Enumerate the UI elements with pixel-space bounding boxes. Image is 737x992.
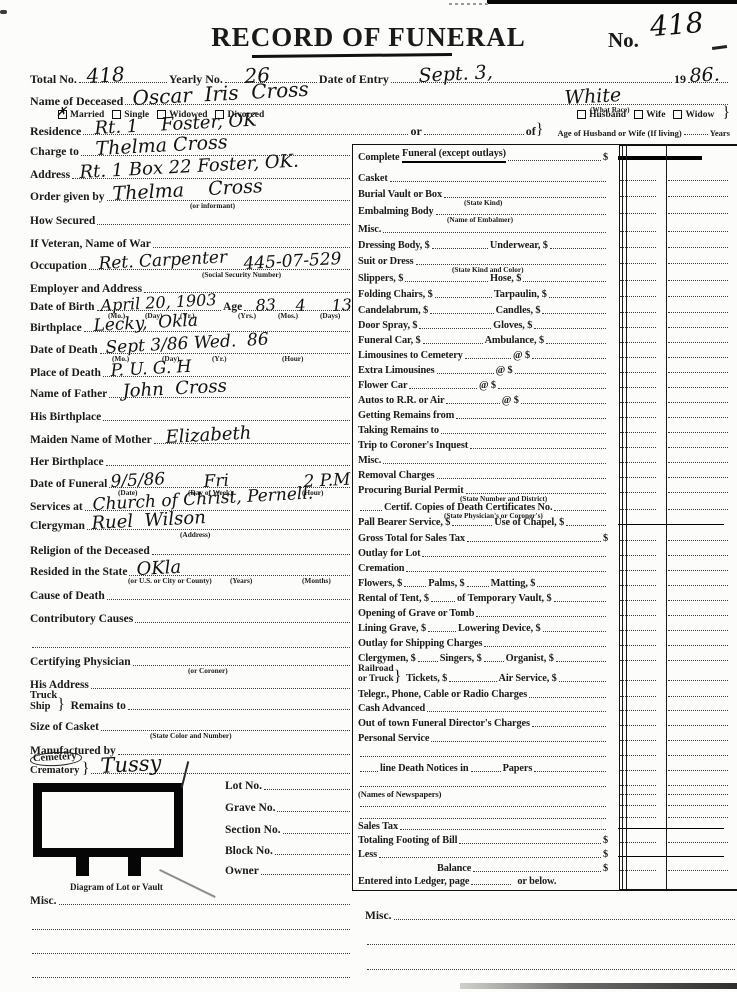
handwritten-value: Sept. 3, <box>418 64 493 85</box>
scan-artifact-top-line <box>487 0 737 4</box>
amount-column-leader <box>668 296 728 297</box>
top-fields-section: Total No.418Yearly No.26Date of EntrySep… <box>30 58 730 137</box>
brace: } <box>536 124 544 137</box>
dotted-leader <box>103 420 350 421</box>
field-label: Size of Casket <box>30 722 99 734</box>
field-sublabel: (or informant) <box>190 201 235 210</box>
form-row <box>365 947 737 972</box>
dotted-leader <box>264 789 350 790</box>
amount-column-leader <box>668 842 728 843</box>
dotted-leader <box>133 665 350 666</box>
amount-cells <box>612 235 737 251</box>
field-label: Date of Death <box>30 345 98 357</box>
handwritten-value: Elizabeth <box>165 425 252 446</box>
form-row: TruckShip} Remains to <box>30 691 352 712</box>
dotted-leader <box>367 969 735 970</box>
field-label: Address <box>30 170 70 182</box>
amount-cells <box>612 544 737 559</box>
field-label: Name of Father <box>30 389 107 401</box>
amount-column-leader <box>668 817 728 818</box>
checkbox-wife <box>634 110 643 119</box>
amount-cells <box>612 809 737 821</box>
dotted-leader <box>684 134 708 135</box>
form-row <box>30 625 352 650</box>
field-label: Residence <box>30 125 81 137</box>
amount-cells <box>612 496 737 513</box>
field-label: Misc. <box>365 911 392 923</box>
lot-diagram-leg <box>76 855 89 876</box>
handwritten-value: Ret. Carpenter <box>98 250 227 272</box>
amount-cells <box>612 619 737 634</box>
amount-cells <box>612 832 737 846</box>
amount-cells <box>612 528 737 544</box>
field-label: Ship <box>30 702 57 713</box>
dotted-leader: Oscar Iris CrossWhite <box>125 104 728 105</box>
amount-cells <box>612 649 737 664</box>
checkbox-x-mark: ✗ <box>56 104 67 120</box>
field-label: Place of Death <box>30 368 101 380</box>
record-number-label: No. <box>608 28 639 53</box>
amount-cells <box>612 744 737 759</box>
bottom-right-misc-section: Misc. <box>365 912 737 972</box>
dotted-leader: Sept. 3, <box>391 82 672 83</box>
field-sublabel: (State Color and Number) <box>150 731 232 740</box>
amount-column-leader <box>668 540 728 541</box>
checkbox-label: Widow <box>685 111 714 121</box>
field-label: Certifying Physician <box>30 657 131 669</box>
amount-cells <box>612 634 737 649</box>
dotted-leader <box>367 944 735 945</box>
field-label: Services at <box>30 502 83 514</box>
dotted-leader: 86. <box>688 82 728 83</box>
amount-line-heavy <box>618 156 702 161</box>
field-label: Truck <box>30 691 57 702</box>
amount-column-leader <box>668 555 728 556</box>
amount-cells <box>612 300 737 316</box>
dotted-leader <box>91 688 350 689</box>
dotted-leader <box>59 904 350 905</box>
handwritten-value: 4 <box>295 298 306 313</box>
amount-column-leader <box>668 492 728 493</box>
amount-cells <box>612 421 737 436</box>
field-label: 19 <box>674 73 686 85</box>
amount-cells <box>612 798 737 809</box>
amount-column-divider <box>666 144 667 891</box>
handwritten-value: John Cross <box>122 378 227 400</box>
dotted-leader <box>153 247 350 248</box>
form-row: Maiden Name of MotherElizabeth <box>30 423 352 446</box>
amount-cells <box>612 163 737 184</box>
dotted-leader <box>424 134 524 135</box>
form-row: Misc. <box>30 897 352 907</box>
handwritten-value: Lecky, Okla <box>93 313 198 334</box>
form-row: Owner <box>225 857 352 877</box>
form-row: Block No. <box>225 836 352 857</box>
field-label: Owner <box>225 866 259 878</box>
dotted-leader <box>152 554 350 555</box>
dotted-leader: Rt. 1 Foster, OK <box>83 134 408 135</box>
amount-cells <box>612 346 737 361</box>
form-row: Lot No. <box>225 780 352 792</box>
amount-cells <box>612 684 737 700</box>
field-label: Section No. <box>225 825 281 837</box>
amount-column-leader <box>668 357 728 358</box>
form-row: Certifying Physician(or Coroner) <box>30 650 352 668</box>
form-row: Contributory Causes <box>30 602 352 625</box>
amount-cells <box>612 217 737 235</box>
field-label: How Secured <box>30 216 95 228</box>
field-label: or <box>410 125 421 137</box>
amount-cells <box>612 789 737 798</box>
field-label: Occupation <box>30 261 87 273</box>
amount-column-leader <box>668 630 728 631</box>
amount-cells <box>612 574 737 589</box>
amount-cells <box>612 729 737 744</box>
field-sublabel: (Months) <box>302 576 331 585</box>
dotted-leader: April 20, 1903 <box>97 310 222 311</box>
dotted-leader <box>32 953 350 954</box>
field-label: Order given by <box>30 192 105 204</box>
amount-column-leader <box>668 180 728 181</box>
amount-column-leader <box>668 645 728 646</box>
amount-cells <box>612 513 737 528</box>
amount-cells <box>612 860 737 874</box>
amount-cells <box>612 451 737 466</box>
field-sublabel: (State Physician's or Coroner's) <box>444 511 543 520</box>
field-label: Remains to <box>65 701 126 713</box>
field-sublabel: (Years) <box>230 576 252 585</box>
amount-cells <box>612 184 737 200</box>
amount-column-leader <box>668 710 728 711</box>
field-label: Employer and Address <box>30 284 142 296</box>
field-label: of <box>526 125 536 137</box>
amount-column-leader <box>668 696 728 697</box>
amount-column-leader <box>668 615 728 616</box>
dotted-leader: John Cross <box>109 397 350 398</box>
checkbox-widow <box>673 110 682 119</box>
checkbox-husband <box>577 110 586 119</box>
amount-column-leader <box>668 770 728 771</box>
handwritten-value: 418 <box>86 65 125 85</box>
amount-cells <box>612 874 737 887</box>
form-row: Size of Casket(State Color and Number) <box>30 712 352 733</box>
dotted-leader: Elizabeth <box>154 443 350 444</box>
amount-column-double-line <box>622 144 623 891</box>
handwritten-stroke <box>159 869 216 898</box>
amount-column-leader <box>668 280 728 281</box>
handwritten-value: P. U. G. H <box>110 359 192 379</box>
field-label: Contributory Causes <box>30 614 133 626</box>
field-label: Her Birthplace <box>30 457 104 469</box>
amount-column-leader <box>668 213 728 214</box>
amount-column-leader <box>668 570 728 571</box>
amount-cells <box>612 267 737 284</box>
field-sublabel: (or Coroner) <box>188 666 228 675</box>
dotted-leader: 83413 <box>244 310 350 311</box>
amount-line <box>618 524 724 525</box>
dotted-leader <box>32 647 350 648</box>
field-label: Birthplace <box>30 323 82 335</box>
field-label: Lot No. <box>225 781 262 793</box>
field-sublabel: (State Kind) <box>464 198 502 207</box>
form-row: ResidenceRt. 1 Foster, OKorof}Age of Hus… <box>30 120 730 137</box>
handwritten-value: Ruel Wilson <box>91 510 206 532</box>
amount-column-leader <box>668 462 728 463</box>
scan-artifact-dashes <box>449 3 489 5</box>
amount-cells <box>612 144 737 163</box>
form-row: If Veteran, Name of War <box>30 227 352 250</box>
charges-box: Complete Funeral (except outlays)$Casket… <box>352 144 737 891</box>
amount-column-leader <box>668 725 728 726</box>
amount-cells <box>612 406 737 421</box>
handwritten-value: 13 <box>331 298 352 313</box>
amount-column-leader <box>668 327 728 328</box>
field-label: If Veteran, Name of War <box>30 239 151 251</box>
dotted-leader: P. U. G. H <box>103 376 350 377</box>
form-row <box>30 956 352 980</box>
field-label: Charge to <box>30 147 79 159</box>
amount-cells <box>612 331 737 346</box>
handwritten-value: 9/5/86 <box>110 472 165 490</box>
amount-cells <box>612 284 737 300</box>
amount-column-leader <box>668 477 728 478</box>
field-label: Date of Birth <box>30 302 95 314</box>
amount-cells <box>612 759 737 774</box>
lot-fields-section: Lot No.Grave No.Section No.Block No.Owne… <box>225 780 352 877</box>
brace: } <box>57 699 65 712</box>
scan-artifact-dot <box>0 10 7 14</box>
dotted-leader: 418 <box>79 82 167 83</box>
handwritten-value: 445-07-529 <box>243 252 342 272</box>
amount-cells <box>612 774 737 789</box>
amount-cells <box>612 481 737 496</box>
funeral-record-page: RECORD OF FUNERAL No. 418 Total No.418Ye… <box>0 0 737 992</box>
amount-column-leader <box>668 231 728 232</box>
brace: } <box>82 763 90 776</box>
form-row: Order given byThelma Cross(or informant) <box>30 181 352 203</box>
checkbox-label: Wife <box>646 111 665 121</box>
amount-column-bottom-line <box>620 889 737 891</box>
handwritten-value: 86. <box>689 66 720 85</box>
handwritten-value: Oscar Iris Cross <box>132 80 309 107</box>
field-label: Name of Deceased <box>30 95 123 107</box>
amount-column-leader <box>668 785 728 786</box>
amount-column-leader <box>668 387 728 388</box>
handwritten-value: White <box>564 87 622 107</box>
amount-line <box>618 828 724 829</box>
amount-cells <box>612 821 737 832</box>
field-sublabel: (State Number and District) <box>460 494 547 503</box>
amount-column-leader <box>668 263 728 264</box>
handwritten-value: 83 <box>255 298 276 313</box>
dotted-leader <box>32 977 350 978</box>
amount-cells <box>612 604 737 619</box>
form-row: Grave No. <box>225 792 352 814</box>
form-row: Name of DeceasedOscar Iris CrossWhite(Wh… <box>30 85 730 107</box>
field-label: Crematory <box>30 766 82 777</box>
form-row <box>30 932 352 956</box>
checkbox-married: ✗ <box>58 110 67 119</box>
dotted-leader <box>128 709 350 710</box>
form-row: Name of FatherJohn Cross <box>30 379 352 400</box>
field-label: Resided in the State <box>30 567 127 579</box>
amount-column-leader <box>668 342 728 343</box>
form-row: Her Birthplace <box>30 446 352 468</box>
amount-cells <box>612 846 737 860</box>
form-row: ClergymanRuel Wilson(Address) <box>30 513 352 532</box>
field-label: Grave No. <box>225 803 275 815</box>
dotted-leader <box>107 599 350 600</box>
field-label: Date of Entry <box>319 73 389 85</box>
field-sublabel: (Yrs.) <box>238 311 256 320</box>
amount-column-leader <box>668 585 728 586</box>
record-number-value: 418 <box>649 6 705 44</box>
field-sublabel: (State Kind and Color) <box>452 265 524 274</box>
checkbox-item-widow: Widow <box>673 110 722 120</box>
amount-column-leader <box>668 312 728 313</box>
amount-column-leader <box>668 196 728 197</box>
dotted-leader: Ruel Wilson <box>87 529 350 530</box>
amount-column-leader <box>668 680 728 681</box>
dotted-leader <box>32 929 350 930</box>
amount-cells <box>612 559 737 574</box>
dotted-leader <box>97 224 350 225</box>
amount-column-leader <box>668 794 728 795</box>
amount-column-leader <box>668 870 728 871</box>
handwritten-value: April 20, 1903 <box>100 293 217 313</box>
amount-column-leader <box>668 417 728 418</box>
dotted-leader <box>275 854 350 855</box>
form-row <box>365 922 737 947</box>
handwritten-value: Thelma Cross <box>112 178 263 203</box>
form-row: Misc. <box>365 912 737 922</box>
amount-cells <box>612 714 737 729</box>
amount-cells <box>612 589 737 604</box>
field-sublabel: (Name of Embalmer) <box>447 215 513 224</box>
form-row: AddressRt. 1 Box 22 Foster, OK. <box>30 158 352 181</box>
amount-column-leader <box>668 509 728 510</box>
field-sublabel: (Hour) <box>282 354 303 363</box>
dotted-leader <box>261 874 350 875</box>
amount-cells <box>612 251 737 267</box>
form-row: Resided in the StateOKla(or U.S. or City… <box>30 557 352 578</box>
form-row: BirthplaceLecky, Okla <box>30 313 352 334</box>
form-row: Total No.418Yearly No.26Date of EntrySep… <box>30 58 730 85</box>
dotted-leader: Tussy <box>91 773 350 774</box>
handwritten-value: Tussy <box>100 754 162 776</box>
field-label: Block No. <box>225 846 273 858</box>
amount-cells <box>612 361 737 376</box>
field-label: Religion of the Deceased <box>30 546 150 558</box>
field-label: Cause of Death <box>30 591 105 603</box>
stacked-label: CemeteryCrematory <box>30 752 82 776</box>
form-row: Date of DeathSept 3/86 Wed. 86(Mo.)(Day)… <box>30 334 352 356</box>
field-sublabel: (Address) <box>180 530 210 539</box>
amount-column-double-line <box>626 144 627 891</box>
form-row: Section No. <box>225 814 352 836</box>
amount-cells <box>612 664 737 684</box>
dotted-leader <box>135 622 350 623</box>
stacked-label: TruckShip <box>30 691 57 712</box>
amount-line <box>618 856 724 857</box>
amount-cells <box>612 316 737 331</box>
bottom-left-misc-section: Misc. <box>30 897 352 980</box>
amount-column-leader <box>668 447 728 448</box>
brace: } <box>722 107 730 120</box>
amount-column-leader <box>668 432 728 433</box>
form-row: OccupationRet. Carpenter445-07-529(Socia… <box>30 250 352 272</box>
checkbox-item-wife: Wife <box>634 110 673 120</box>
form-row: CemeteryCrematory}Tussy <box>30 757 352 776</box>
scan-artifact-smudge <box>460 983 737 989</box>
amount-column-leader <box>668 740 728 741</box>
form-row: Place of DeathP. U. G. H <box>30 356 352 379</box>
left-fields-section: Charge toThelma CrossAddressRt. 1 Box 22… <box>30 145 352 776</box>
lot-diagram <box>33 783 183 857</box>
field-label: Clergyman <box>30 521 85 533</box>
field-sublabel: (Yr.) <box>212 354 227 363</box>
amount-column-leader <box>668 372 728 373</box>
amount-column-leader <box>668 660 728 661</box>
field-label: Maiden Name of Mother <box>30 435 152 447</box>
diagram-caption: Diagram of Lot or Vault <box>70 882 163 892</box>
amount-cells <box>612 200 737 217</box>
field-label: Date of Funeral <box>30 479 107 491</box>
lot-diagram-leg <box>128 855 141 876</box>
dotted-leader <box>106 465 350 466</box>
amount-cells <box>612 391 737 406</box>
amount-cells <box>612 436 737 451</box>
form-row <box>30 907 352 932</box>
field-label: Age of Husband or Wife (If living) <box>557 129 681 138</box>
amount-column-leader <box>668 402 728 403</box>
amount-cells <box>612 700 737 714</box>
amount-cells <box>612 466 737 481</box>
field-label: Total No. <box>30 73 77 85</box>
field-label: Years <box>710 129 730 138</box>
handwritten-value: OKla <box>137 559 182 578</box>
amount-column-leader <box>668 247 728 248</box>
dotted-leader <box>283 833 350 834</box>
amount-column-top-line <box>620 144 737 146</box>
field-label: His Birthplace <box>30 412 101 424</box>
dotted-leader <box>394 919 735 920</box>
form-row: His Birthplace <box>30 400 352 423</box>
dotted-leader <box>277 811 350 812</box>
amount-column-leader <box>668 805 728 806</box>
field-label: Misc. <box>30 896 57 908</box>
amount-column-leader <box>668 600 728 601</box>
handwritten-value: Sept 3/86 Wed. 86 <box>105 332 269 356</box>
amount-column-leader <box>668 755 728 756</box>
amount-cells <box>612 376 737 391</box>
